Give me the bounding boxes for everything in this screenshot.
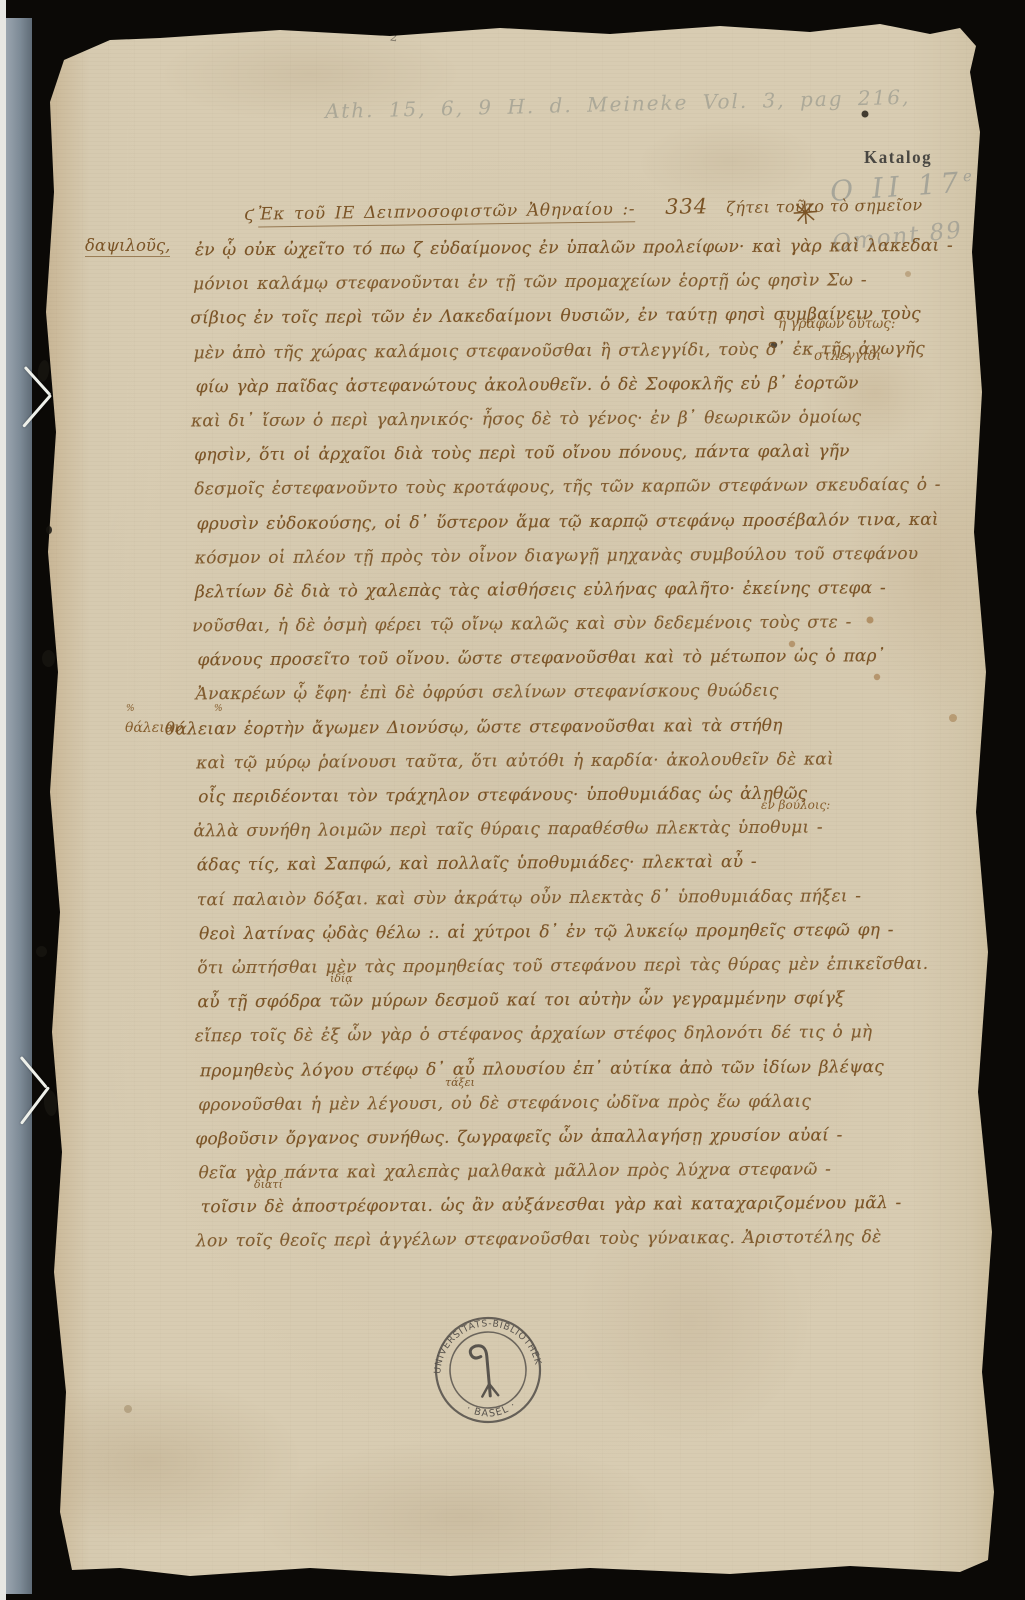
manuscript-line: ἀλλὰ συνήθη λοιμῶν περὶ ταῖς θύραις παρα… [193, 817, 951, 856]
scan-background: Ath. 15, 6, 9 H. d. Meineke Vol. 3, pag … [0, 0, 1025, 1600]
manuscript-line: ὅτι ὠπτήσθαι μὲν τὰς προμηθείας τοῦ στεφ… [197, 954, 955, 993]
svg-text:· BASEL ·: · BASEL · [464, 1399, 520, 1422]
manuscript-line: φίω γὰρ παῖδας ἀστεφανώτους ἀκολουθεῖν. … [196, 372, 954, 411]
heading-paraph-icon: ϛ [244, 204, 254, 225]
library-stamp: UNIVERSITÄTS-BIBLIOTHEK · BASEL · [421, 1303, 555, 1437]
ink-smudge [36, 946, 47, 957]
manuscript-line: προμηθεὺς λόγου στέφῳ δ᾽ αὖ πλουσίου ἐπ᾽… [200, 1056, 958, 1095]
stamp-bottom-text: · BASEL · [464, 1399, 520, 1422]
pencil-reference-note: Ath. 15, 6, 9 H. d. Meineke Vol. 3, pag … [325, 85, 911, 123]
manuscript-line: άδας τίς, καὶ Σαπφώ, καὶ πολλαῖς ὑποθυμι… [197, 851, 955, 890]
manuscript-line: θεοὶ λατίνας ᾠδὰς θέλω :. αἱ χύτροι δ᾽ ἐ… [199, 919, 957, 958]
reference-asterisk-icon: ✳ [791, 193, 820, 233]
manuscript-line: φρονοῦσθαι ἡ μὲν λέγουσι, οὐ δὲ στεφάνοι… [198, 1090, 956, 1129]
foxing-specks [30, 12, 34, 16]
manuscript-line: κόσμον οἱ πλέον τῇ πρὸς τὸν οἶνον διαγωγ… [195, 543, 953, 582]
manuscript-line: τοῖσιν δὲ ἀποστρέφονται. ὡς ἂν αὐξάνεσθα… [201, 1193, 959, 1232]
manuscript-line: καὶ δι᾽ ἴσων ὁ περὶ γαληνικός· ἦσος δὲ τ… [191, 407, 949, 446]
manuscript-line: καὶ τῷ μύρῳ ῥαίνουσι ταῦτα, ὅτι αὐτόθι ἡ… [196, 748, 954, 787]
manuscript-line: οἷς περιδέονται τὸν τράχηλον στεφάνους· … [198, 783, 956, 822]
manuscript-line: νοῦσθαι, ἡ δὲ ὀσμὴ φέρει τῷ οἴνῳ καλῶς κ… [192, 612, 950, 651]
ink-smudge [42, 650, 55, 667]
manuscript-line: φρυσὶν εὐδοκούσης, οἱ δ᾽ ὕστερον ἅμα τῷ … [197, 509, 955, 548]
katalog-stamp: Katalog [864, 148, 932, 169]
scanner-tray-band [6, 18, 32, 1594]
manuscript-line: εἴπερ τοῖς δὲ ἐξ ὧν γὰρ ὁ στέφανος ἀρχαί… [195, 1022, 953, 1061]
excerpt-heading: ϛἘκ τοῦ ΙΕ Δειπνοσοφιστῶν Ἀθηναίου :-334… [244, 191, 923, 224]
margin-gloss-dapsilous: δαψιλοῦς, [85, 236, 170, 257]
manuscript-line: βελτίων δὲ διὰ τὸ χαλεπὰς τὰς αἰσθήσεις … [195, 578, 953, 617]
ink-smudge [46, 526, 52, 534]
manuscript-text-block: ἐν ᾧ οὐκ ὠχεῖτο τό πω ζ εὐδαίμονος ἐν ὑπ… [193, 236, 957, 1266]
manuscript-line: ἐν ᾧ οὐκ ὠχεῖτο τό πω ζ εὐδαίμονος ἐν ὑπ… [195, 236, 953, 275]
basel-crozier-icon [470, 1344, 498, 1397]
manuscript-line: φάνους προσεῖτο τοῦ οἴνου. ὥστε στεφανοῦ… [197, 646, 955, 685]
manuscript-line: λον τοῖς θεοῖς περὶ ἀγγέλων στεφανοῦσθαι… [196, 1227, 954, 1266]
manuscript-line: μόνιοι καλάμῳ στεφανοῦνται ἐν τῇ τῶν προ… [193, 270, 951, 309]
manuscript-line: Ἀνακρέων ᾧ ἔφη· ἐπὶ δὲ ὀφρύσι σελίνων στ… [196, 680, 954, 719]
manuscript-page: Ath. 15, 6, 9 H. d. Meineke Vol. 3, pag … [30, 12, 1006, 1590]
folio-number: 334 [665, 194, 708, 219]
manuscript-line: θεῖα γὰρ πάντα καὶ χαλεπὰς μαλθακὰ μᾶλλο… [199, 1159, 957, 1198]
manuscript-line: μὲν ἀπὸ τῆς χώρας καλάμοις στεφανοῦσθαι … [194, 338, 952, 377]
manuscript-line: σίβιος ἐν τοῖς περὶ τῶν ἐν Λακεδαίμονι θ… [190, 304, 948, 343]
manuscript-line: δεσμοῖς ἐστεφανοῦντο τοὺς κροτάφους, τῆς… [194, 475, 952, 514]
manuscript-line: φησὶν, ὅτι οἱ ἀρχαῖοι διὰ τοὺς περὶ τοῦ … [194, 441, 952, 480]
page-top-mark: 2 [389, 30, 399, 45]
margin-sign-icon: % [126, 704, 135, 714]
heading-note: ζήτει τοῦτο τὸ σημεῖον [726, 195, 923, 217]
manuscript-line: αὖ τῇ σφόδρα τῶν μύρων δεσμοῦ καί τοι αὐ… [197, 988, 955, 1027]
heading-title: Ἐκ τοῦ ΙΕ Δειπνοσοφιστῶν Ἀθηναίου :- [258, 199, 635, 227]
manuscript-line: ταί παλαιὸν δόξαι. καὶ σὺν ἀκράτῳ οὖν πλ… [197, 885, 955, 924]
shelfmark-superscript: e [962, 167, 972, 186]
manuscript-line: θάλειαν ἑορτὴν ἄγωμεν Διονύσῳ, ὥστε στεφ… [165, 714, 951, 753]
manuscript-line: φοβοῦσιν ὄργανος συνήθως. ζωγραφεῖς ὧν ἀ… [195, 1125, 953, 1164]
